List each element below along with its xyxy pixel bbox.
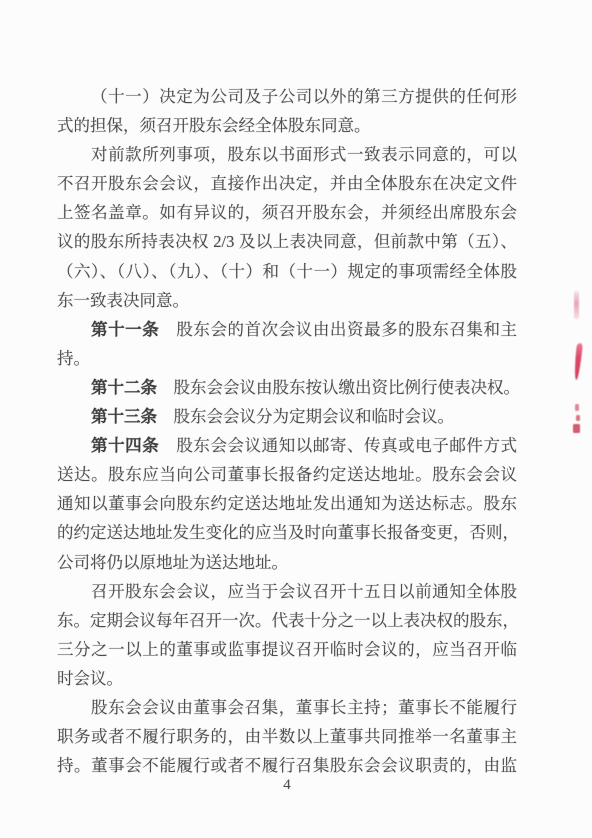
document-line: 第十四条 股东会会议通知以邮寄、传真或电子邮件方式: [57, 431, 517, 460]
red-ink-characters: [572, 404, 582, 434]
document-line: 东。定期会议每年召开一次。代表十分之一以上表决权的股东，: [57, 606, 517, 635]
red-ink-stroke: [573, 343, 583, 380]
document-line: 召开股东会会议，应当于会议召开十五日以前通知全体股: [57, 577, 517, 606]
document-line: 第十二条 股东会会议由股东按认缴出资比例行使表决权。: [57, 373, 517, 402]
article-number: 第十一条: [91, 320, 159, 339]
document-line: 的约定送达地址发生变化的应当及时向董事长报备变更，否则，: [57, 518, 517, 547]
document-line: 不召开股东会会议，直接作出决定，并由全体股东在决定文件: [57, 169, 517, 198]
document-line: 通知以董事会向股东约定送达地址发出通知为送达标志。股东: [57, 489, 517, 518]
document-line: （十一）决定为公司及子公司以外的第三方提供的任何形: [57, 82, 517, 111]
red-ink-mark: [573, 424, 580, 433]
scanned-document-page: （十一）决定为公司及子公司以外的第三方提供的任何形式的担保，须召开股东会经全体股…: [0, 0, 592, 838]
red-ink-mark: [575, 404, 579, 411]
document-line: 议的股东所持表决权 2/3 及以上表决同意，但前款中第（五）、: [57, 227, 517, 256]
red-ink-mark: [576, 415, 580, 421]
document-line: （六）、（八）、（九）、（十）和（十一）规定的事项需经全体股: [57, 257, 517, 286]
document-line: 职务或者不履行职务的，由半数以上董事共同推举一名董事主: [57, 722, 517, 751]
document-line: 送达。股东应当向公司董事长报备约定送达地址。股东会会议: [57, 460, 517, 489]
document-line: 式的担保，须召开股东会经全体股东同意。: [57, 111, 517, 140]
document-line: 持。: [57, 344, 517, 373]
document-line: 三分之一以上的董事或监事提议召开临时会议的，应当召开临: [57, 635, 517, 664]
document-line: 第十三条 股东会会议分为定期会议和临时会议。: [57, 402, 517, 431]
document-line: 时会议。: [57, 664, 517, 693]
article-number: 第十三条: [91, 407, 157, 426]
document-line: 第十一条 股东会的首次会议由出资最多的股东召集和主: [57, 315, 517, 344]
document-line: 股东会会议由董事会召集，董事长主持；董事长不能履行: [57, 693, 517, 722]
article-number: 第十二条: [91, 378, 157, 397]
document-line: 对前款所列事项，股东以书面形式一致表示同意的，可以: [57, 140, 517, 169]
document-line: 上签名盖章。如有异议的，须召开股东会，并须经出席股东会: [57, 198, 517, 227]
document-body: （十一）决定为公司及子公司以外的第三方提供的任何形式的担保，须召开股东会经全体股…: [57, 82, 517, 780]
document-line: 东一致表决同意。: [57, 286, 517, 315]
page-number: 4: [57, 775, 517, 795]
document-line: 公司将仍以原地址为送达地址。: [57, 548, 517, 577]
red-ink-smudge: [574, 291, 579, 319]
article-number: 第十四条: [91, 436, 159, 455]
